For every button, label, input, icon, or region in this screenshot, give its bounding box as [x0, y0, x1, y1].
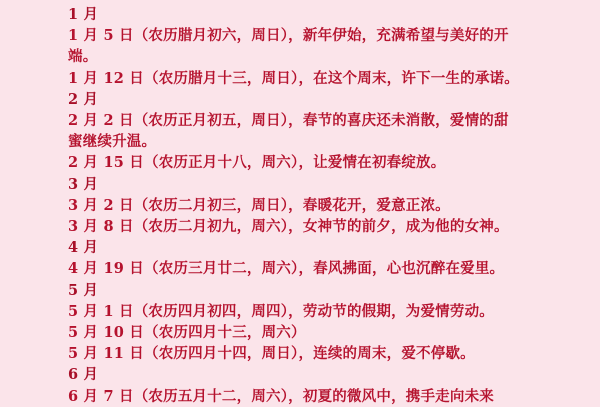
date-entry: 2 月 2 日（农历正月初五，周日），春节的喜庆还未消散，爱情的甜 — [68, 110, 538, 131]
month-heading: 3 月 — [68, 174, 538, 195]
month-heading: 6 月 — [68, 364, 538, 385]
month-heading: 5 月 — [68, 280, 538, 301]
date-entry: 5 月 1 日（农历四月初四，周四），劳动节的假期，为爱情劳动。 — [68, 301, 538, 322]
date-entry: 3 月 8 日（农历二月初九，周六），女神节的前夕，成为他的女神。 — [68, 216, 538, 237]
date-entry: 3 月 2 日（农历二月初三，周日），春暖花开，爱意正浓。 — [68, 195, 538, 216]
wedding-dates-list: 1 月 1 月 5 日（农历腊月初六，周日），新年伊始，充满希望与美好的开 端。… — [68, 4, 538, 400]
date-entry: 5 月 10 日（农历四月十三，周六） — [68, 322, 538, 343]
date-entry: 5 月 11 日（农历四月十四，周日），连续的周末，爱不停歇。 — [68, 343, 538, 364]
date-entry: 1 月 12 日（农历腊月十三，周日），在这个周末，许下一生的承诺。 — [68, 68, 538, 89]
date-entry: 2 月 15 日（农历正月十八，周六），让爱情在初春绽放。 — [68, 152, 538, 173]
month-heading: 4 月 — [68, 237, 538, 258]
date-entry: 4 月 19 日（农历三月廿二，周六），春风拂面，心也沉醉在爱里。 — [68, 258, 538, 279]
date-entry-continuation: 蜜继续升温。 — [68, 131, 538, 152]
month-heading: 2 月 — [68, 89, 538, 110]
date-entry-continuation: 端。 — [68, 46, 538, 67]
date-entry: 6 月 7 日（农历五月十二，周六），初夏的微风中，携手走向未来 — [68, 386, 538, 400]
date-entry: 1 月 5 日（农历腊月初六，周日），新年伊始，充满希望与美好的开 — [68, 25, 538, 46]
month-heading: 1 月 — [68, 4, 538, 25]
